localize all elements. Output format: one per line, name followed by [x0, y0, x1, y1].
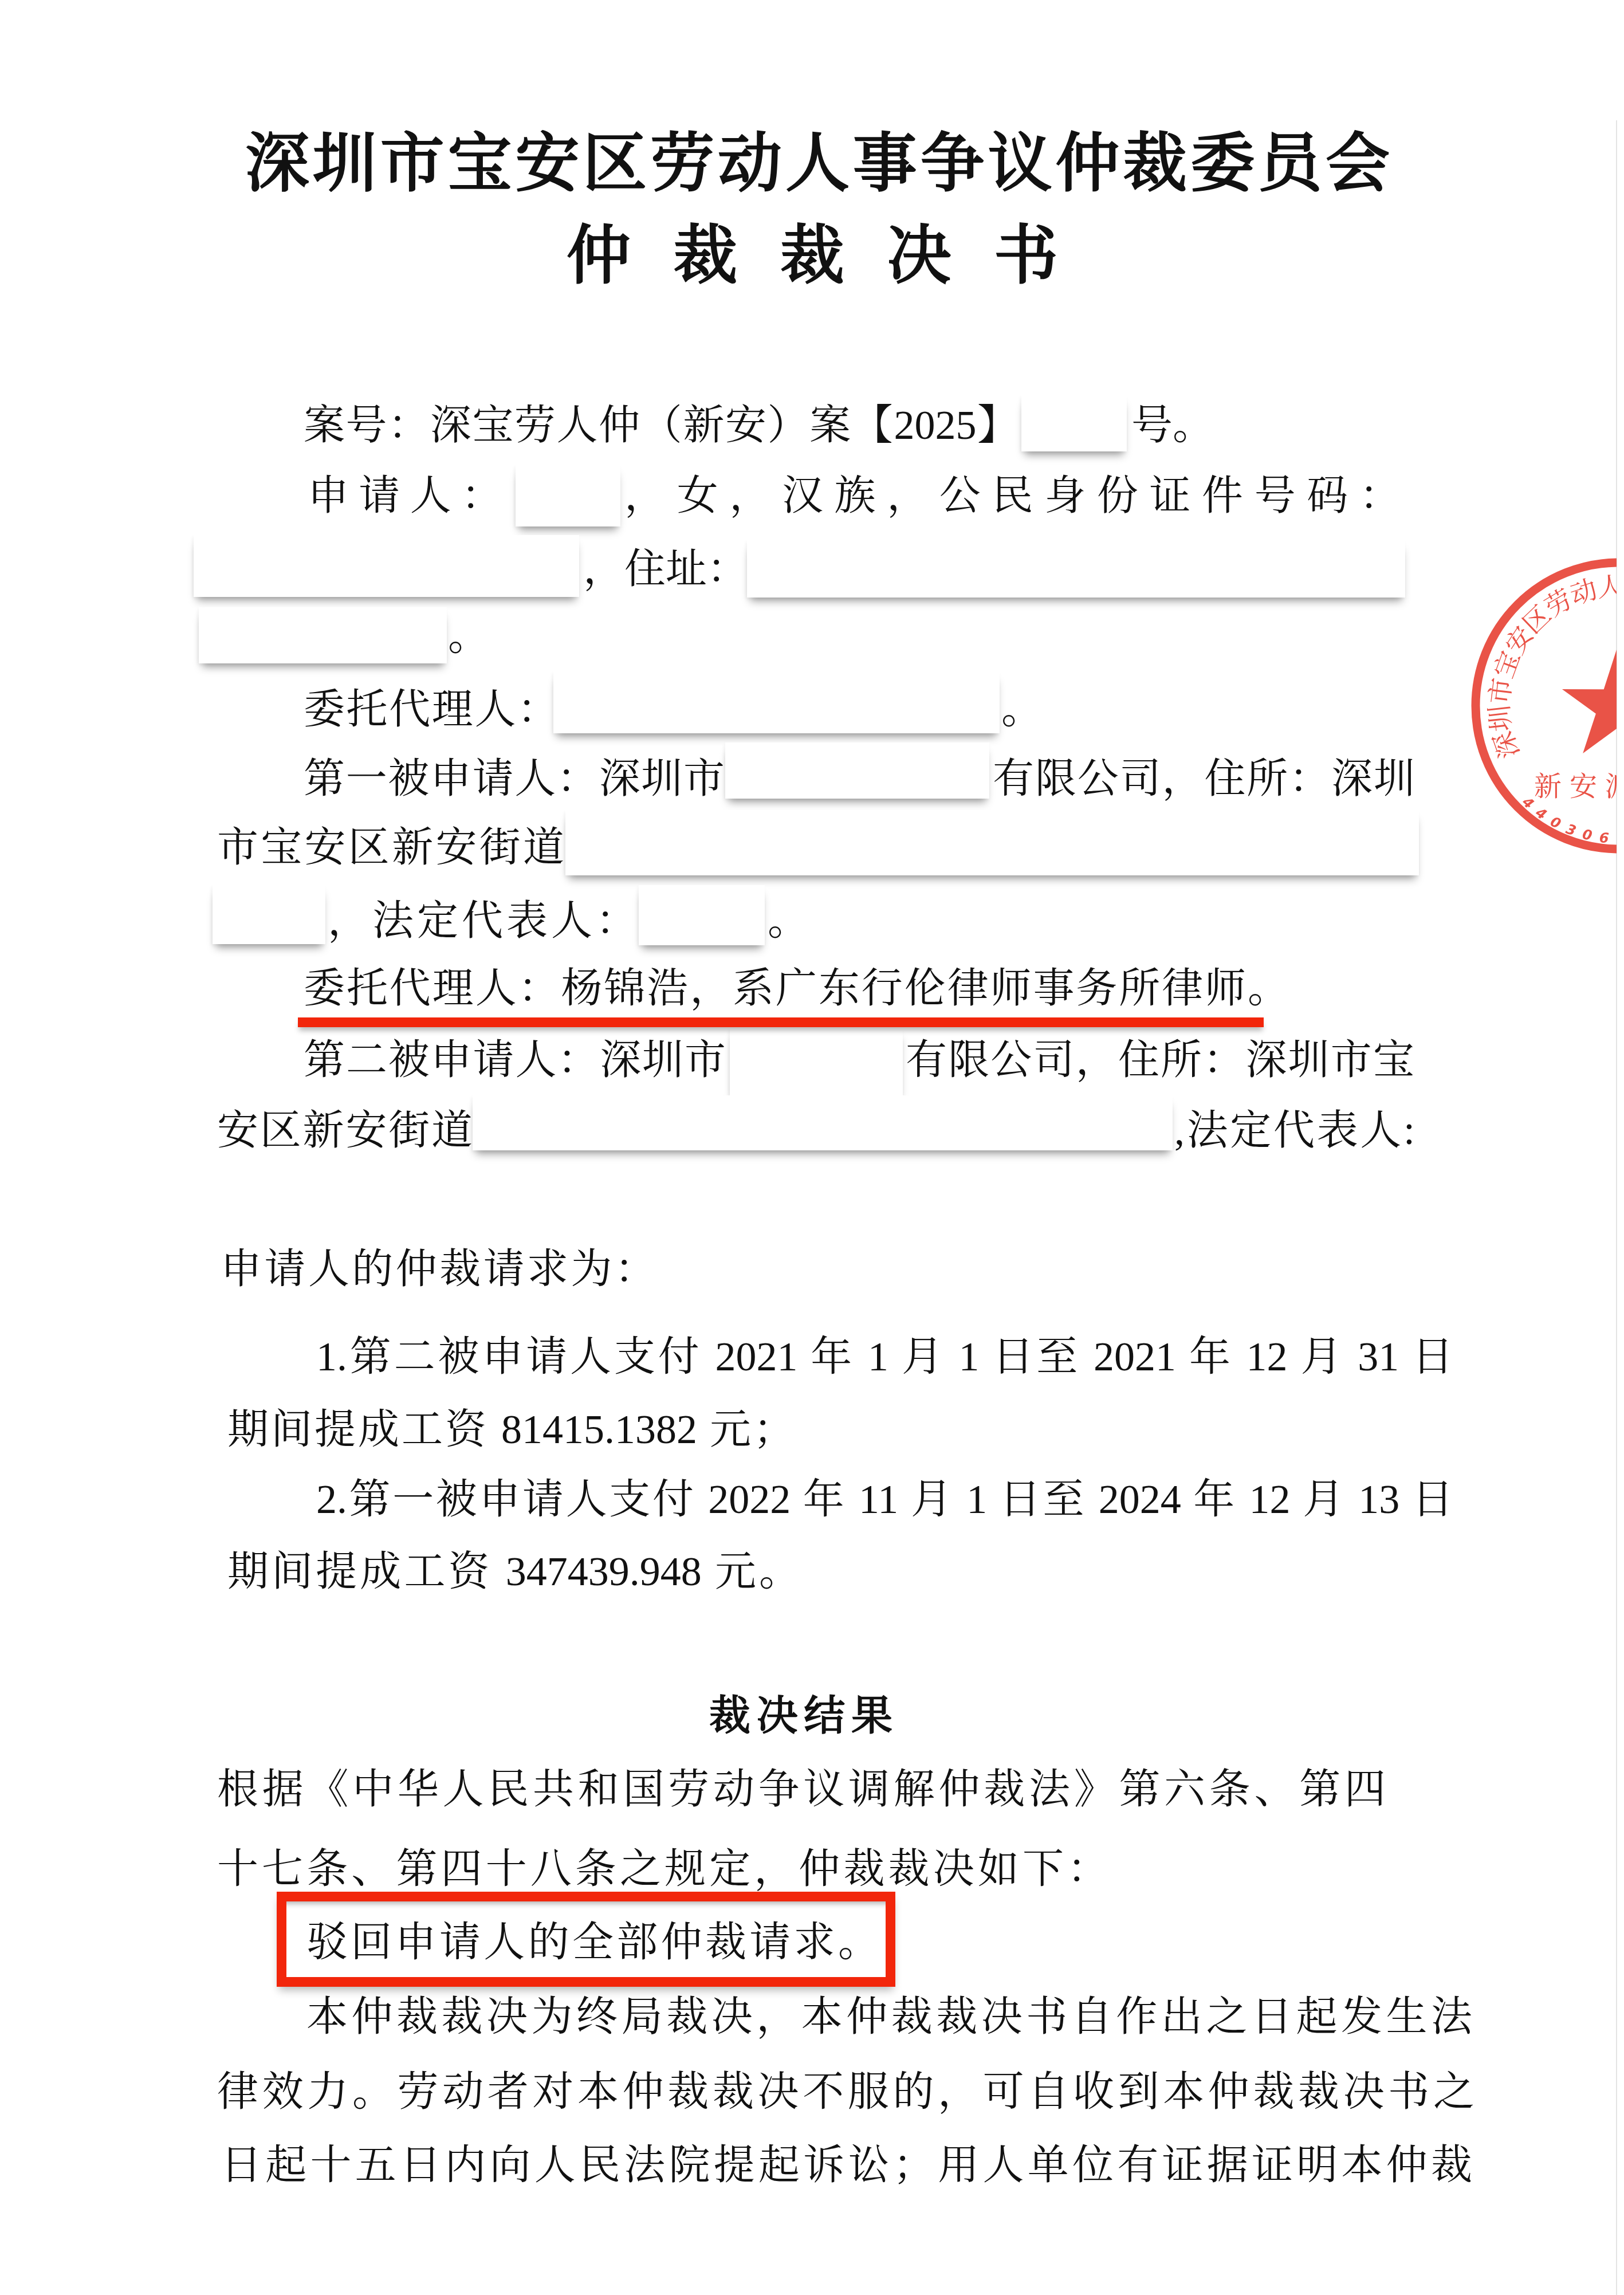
ruling-heading: 裁决结果 [709, 1693, 892, 1739]
arbitration-award-page: 深圳市宝安区劳动人事争议仲裁委员会 仲裁裁决书 案号：深宝劳人仲（新安）案【20… [0, 0, 1624, 2295]
redaction-box-first-respondent-legal-rep [639, 885, 765, 945]
second-respondent-legal-rep-label: ,法定代表人: [1174, 1107, 1415, 1153]
first-respondent-name-suffix: 有限公司，住所：深圳 [993, 756, 1415, 801]
ruling-finality-line-1: 本仲裁裁决为终局裁决，本仲裁裁决书自作出之日起发生法 [306, 1994, 1472, 2039]
first-respondent-end: 。 [768, 898, 809, 944]
claim-2-line-2: 期间提成工资 347439.948 元。 [227, 1549, 800, 1594]
redaction-box-applicant-agent [553, 671, 1000, 733]
second-respondent-address-prefix: 安区新安街道 [217, 1107, 473, 1153]
redaction-box-applicant-address [747, 540, 1405, 598]
second-respondent-name-prefix: 第二被申请人：深圳市 [304, 1037, 726, 1083]
page-edge-divider [1616, 120, 1617, 2295]
applicant-details: ，女，汉族，公民身份证件号码： [624, 473, 1401, 518]
first-respondent-agent: 委托代理人：杨锦浩，系广东行伦律师事务所律师。 [304, 965, 1289, 1011]
red-underline-annotation [298, 1017, 1264, 1027]
claim-2-line-1: 2.第一被申请人支付 2022 年 11 月 1 日至 2024 年 12 月 … [316, 1476, 1453, 1522]
redaction-box-applicant-name [516, 465, 620, 526]
seal-icon: 深圳市宝安区劳动人 新安派 4403065 [1461, 550, 1617, 865]
red-box-annotation [277, 1892, 895, 1987]
applicant-address-label: ，住址： [583, 546, 748, 592]
claim-1-line-1: 1.第二被申请人支付 2021 年 1 月 1 日至 2021 年 12 月 3… [316, 1334, 1453, 1380]
claim-1-line-2: 期间提成工资 81415.1382 元； [227, 1406, 795, 1452]
ruling-basis-line-1: 根据《中华人民共和国劳动争议调解仲裁法》第六条、第四 [217, 1766, 1386, 1812]
ruling-finality-line-3: 日起十五日内向人民法院提起诉讼；用人单位有证据证明本仲裁 [221, 2142, 1472, 2188]
redaction-box-second-respondent-name [730, 1028, 903, 1095]
ruling-finality-line-2: 律效力。劳动者对本仲裁裁决不服的，可自收到本仲裁裁决书之 [217, 2069, 1474, 2115]
redaction-box-first-respondent-address-cont [213, 885, 325, 944]
applicant-address-end: 。 [448, 613, 489, 659]
seal-center-text: 新安派 [1534, 771, 1617, 803]
document-type-title: 仲裁裁决书 [567, 221, 1058, 292]
claims-heading: 申请人的仲裁请求为： [221, 1246, 656, 1292]
case-number-prefix: 案号：深宝劳人仲（新安）案【2025】 [304, 402, 1019, 448]
authority-title: 深圳市宝安区劳动人事争议仲裁委员会 [245, 129, 1390, 200]
applicant-agent-label: 委托代理人： [304, 686, 559, 732]
redaction-box-first-respondent-name [725, 742, 989, 799]
redaction-box-applicant-address-cont [199, 607, 447, 663]
applicant-label: 申请人： [308, 473, 502, 518]
redaction-box-first-respondent-address [565, 810, 1419, 875]
official-seal: 深圳市宝安区劳动人 新安派 4403065 [1461, 550, 1617, 865]
applicant-agent-end: 。 [1001, 686, 1043, 732]
ruling-basis-line-2: 十七条、第四十八条之规定，仲裁裁决如下： [217, 1846, 1108, 1892]
case-number-suffix: 号。 [1131, 402, 1214, 448]
first-respondent-legal-rep-label: ，法定代表人： [328, 898, 637, 944]
redaction-box-case-number [1021, 395, 1127, 451]
redaction-box-id-number [194, 535, 579, 597]
first-respondent-name-prefix: 第一被申请人：深圳市 [304, 756, 725, 801]
second-respondent-name-suffix: 有限公司，住所：深圳市宝 [906, 1037, 1414, 1083]
first-respondent-address-prefix: 市宝安区新安街道 [217, 824, 564, 870]
redaction-box-second-respondent-address [473, 1095, 1173, 1150]
seal-star-icon [1562, 650, 1617, 753]
